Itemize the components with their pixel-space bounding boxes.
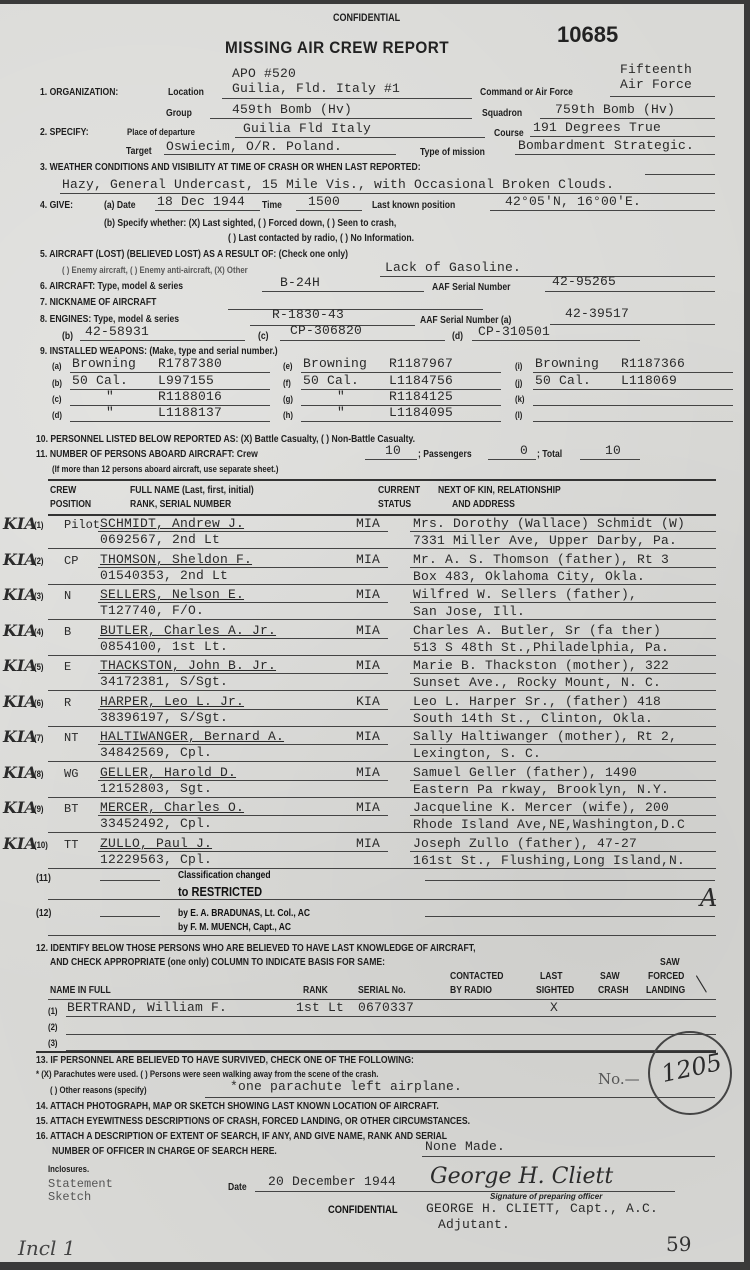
s12-header-rank: RANK [303,984,328,996]
section10-label: 10. PERSONNEL LISTED BELOW REPORTED AS: … [36,433,415,445]
aircraft-serial-label: AAF Serial Number [432,281,510,293]
crew-name: HALTIWANGER, Bernard A. [100,729,284,744]
weapon-serial: L997155 [158,373,214,388]
s12-header-crash-1: SAW [600,970,620,982]
weapon-serial: L1188137 [158,405,222,420]
apo: APO #520 [232,66,296,81]
weapon-make: " [106,389,114,404]
crew-kin-line1: Marie B. Thackston (mother), 322 [413,658,669,673]
crew-name: SELLERS, Nelson E. [100,587,244,602]
s12-header-sighted-2: SIGHTED [536,984,574,996]
classification-top: CONFIDENTIAL [333,12,400,24]
s12-row-1-serial: 0670337 [358,1000,414,1015]
specify-line2: ( ) Last contacted by radio, ( ) No Info… [228,232,414,244]
total-label: ; Total [537,448,562,460]
date-value: 18 Dec 1944 [157,194,245,209]
weapon-key: (l) [515,410,522,421]
crew-kin-line2: Rhode Island Ave,NE,Washington,D.C [413,817,685,832]
crew-kia-mark: KIA [3,763,37,782]
section13-option2: ( ) Other reasons (specify) [50,1085,147,1096]
engine-c-label: (c) [258,330,269,342]
declass-line3: by E. A. BRADUNAS, Lt. Col., AC [178,908,310,919]
declass-line4: by F. M. MUENCH, Capt., AC [178,922,291,933]
crew-rank-serial: 0692567, 2nd Lt [100,532,220,547]
engine-serial-d: CP-310501 [478,324,550,339]
crew-header-kin-1: NEXT OF KIN, RELATIONSHIP [438,484,561,496]
weapon-serial: R1188016 [158,389,222,404]
weapon-make: " [106,405,114,420]
engine-serial-c: CP-306820 [290,323,362,338]
crew-kin-line1: Jacqueline K. Mercer (wife), 200 [413,800,669,815]
weapon-key: (g) [283,394,293,405]
weapon-make: 50 Cal. [535,373,591,388]
crew-rank-serial: 33452492, Cpl. [100,816,212,831]
section12-label-2: AND CHECK APPROPRIATE (one only) COLUMN … [50,956,385,968]
crew-row-12-label: (12) [36,907,51,919]
inclosure-sketch: Sketch [48,1190,91,1204]
crew-kin-line2: Eastern Pa rkway, Brooklyn, N.Y. [413,782,669,797]
s12-header-sighted-1: LAST [540,970,562,982]
crew-status: MIA [356,552,380,567]
crew-name: THACKSTON, John B. Jr. [100,658,276,673]
page-number: 59 [666,1232,691,1256]
weapon-key: (k) [515,394,525,405]
weapon-key: (b) [52,378,62,389]
engine-serial-a: 42-39517 [565,306,629,321]
crew-row-number: (4) [34,627,44,638]
engine-type-value: R-1830-43 [272,307,344,322]
officer-name: GEORGE H. CLIETT, Capt., A.C. [426,1201,658,1216]
section14-label: 14. ATTACH PHOTOGRAPH, MAP OR SKETCH SHO… [36,1100,439,1112]
s12-row-2-num: (2) [48,1022,58,1033]
crew-count: 10 [385,443,401,458]
weapon-key: (i) [515,361,522,372]
crew-kin-line1: Leo L. Harper Sr., (father) 418 [413,694,661,709]
crew-rank-serial: 0854100, 1st Lt. [100,639,228,654]
handwritten-inclosure-note: Incl 1 [18,1236,75,1260]
crew-rank-serial: 34172381, S/Sgt. [100,674,228,689]
position-value: 42°05'N, 16°00'E. [505,194,641,209]
weapon-serial: R1187967 [389,356,453,371]
command-label: Command or Air Force [480,86,573,98]
weapon-make: 50 Cal. [303,373,359,388]
time-label: Time [262,199,282,211]
margin-initials: A [700,884,717,912]
crew-kin-line2: 513 S 48th St.,Philadelphia, Pa. [413,640,669,655]
crew-rank-serial: 12152803, Sgt. [100,781,212,796]
passenger-count: 0 [520,443,528,458]
crew-status: MIA [356,516,380,531]
s12-row-1-rank: 1st Lt [296,1000,344,1015]
weapon-serial: L1184756 [389,373,453,388]
crew-position: NT [64,731,78,745]
section6-label: 6. AIRCRAFT: Type, model & series [40,280,183,292]
survival-reason-value: *one parachute left airplane. [230,1079,462,1094]
s12-header-forced-2: LANDING [646,984,685,996]
aircraft-type-value: B-24H [280,275,320,290]
crew-name: THOMSON, Sheldon F. [100,552,252,567]
weapon-make: Browning [72,356,136,371]
crew-row-number: (9) [34,804,44,815]
classification-bottom: CONFIDENTIAL [328,1204,398,1216]
stamp-prefix: No.— [598,1070,640,1088]
weapon-make: " [337,405,345,420]
declass-line2: to RESTRICTED [178,884,262,899]
position-label: Last known position [372,199,455,211]
report-title: MISSING AIR CREW REPORT [225,38,449,58]
weapon-serial: R1184125 [389,389,453,404]
crew-kia-mark: KIA [3,585,37,604]
search-value: None Made. [425,1139,505,1154]
declass-line1: Classification changed [178,870,271,881]
crew-row-number: (8) [34,769,44,780]
crew-kia-mark: KIA [3,727,37,746]
section16-label-1: 16. ATTACH A DESCRIPTION OF EXTENT OF SE… [36,1130,447,1142]
crew-status: MIA [356,658,380,673]
crew-rank-serial: 12229563, Cpl. [100,852,212,867]
officer-title: Adjutant. [438,1217,510,1232]
crew-header-name-1: FULL NAME (Last, first, initial) [130,484,254,496]
section3-label: 3. WEATHER CONDITIONS AND VISIBILITY AT … [40,161,421,173]
crew-status: KIA [356,694,380,709]
crew-status: MIA [356,623,380,638]
crew-rank-serial: 01540353, 2nd Lt [100,568,228,583]
passengers-label: ; Passengers [418,448,472,460]
command-line1: Fifteenth [620,62,692,77]
engine-d-label: (d) [452,330,463,342]
crew-kin-line2: South 14th St., Clinton, Okla. [413,711,653,726]
crew-position: Pilot [64,518,100,532]
crew-rank-serial: 34842569, Cpl. [100,745,212,760]
crew-kia-mark: KIA [3,514,37,533]
crew-name: SCHMIDT, Andrew J. [100,516,244,531]
section11-note: (If more than 12 persons aboard aircraft… [52,464,278,475]
weapon-make: " [337,389,345,404]
crew-row-11-label: (11) [36,872,51,884]
target-label: Target [126,145,152,157]
crew-status: MIA [356,836,380,851]
weapon-key: (f) [283,378,291,389]
time-value: 1500 [308,194,340,209]
s12-header-radio-2: BY RADIO [450,984,492,996]
s12-header-name: NAME IN FULL [50,984,111,996]
weapon-key: (j) [515,378,522,389]
weapon-serial: R1787380 [158,356,222,371]
s12-row-3-num: (3) [48,1038,58,1049]
section16-label-2: NUMBER OF OFFICER IN CHARGE OF SEARCH HE… [52,1145,277,1157]
section1-label: 1. ORGANIZATION: [40,86,118,98]
crew-position: R [64,696,71,710]
crew-kia-mark: KIA [3,621,37,640]
section15-label: 15. ATTACH EYEWITNESS DESCRIPTIONS OF CR… [36,1115,470,1127]
command-line2: Air Force [620,77,692,92]
weather-value: Hazy, General Undercast, 15 Mile Vis., w… [62,177,614,192]
crew-row-number: (7) [34,733,44,744]
s12-header-forced-1: FORCED [648,970,684,982]
crew-kin-line2: 161st St., Flushing,Long Island,N. [413,853,685,868]
location-label: Location [168,86,204,98]
crew-row-number: (1) [34,520,44,531]
engine-b-label: (b) [62,330,73,342]
section2-label: 2. SPECIFY: [40,126,89,138]
weapon-key: (e) [283,361,293,372]
section7-label: 7. NICKNAME OF AIRCRAFT [40,296,156,308]
crew-position: WG [64,767,78,781]
weapon-serial: L118069 [621,373,677,388]
inclosure-statement: Statement [48,1177,113,1191]
weapon-key: (a) [52,361,62,372]
report-number: 10685 [557,22,618,48]
s12-header-serial: SERIAL No. [358,984,406,996]
total-count: 10 [605,443,621,458]
crew-kia-mark: KIA [3,798,37,817]
weapon-key: (h) [283,410,293,421]
crew-kin-line1: Wilfred W. Sellers (father), [413,587,637,602]
location-value: Guilia, Fld. Italy #1 [232,81,400,96]
section4-label: 4. GIVE: [40,199,73,211]
crew-kin-line1: Mr. A. S. Thomson (father), Rt 3 [413,552,669,567]
crew-kin-line1: Mrs. Dorothy (Wallace) Schmidt (W) [413,516,685,531]
departure-label: Place of departure [127,127,195,138]
weapon-make: 50 Cal. [72,373,128,388]
crew-status: MIA [356,587,380,602]
crew-status: MIA [356,729,380,744]
section11-label: 11. NUMBER OF PERSONS ABOARD AIRCRAFT: C… [36,448,258,460]
crew-row-number: (6) [34,698,44,709]
crew-header-status-1: CURRENT [378,484,420,496]
s12-header-forced-0: SAW [660,956,680,968]
loss-cause-value: Lack of Gasoline. [385,260,521,275]
footer-date-label: Date [228,1181,247,1193]
crew-kin-line1: Sally Haltiwanger (mother), Rt 2, [413,729,677,744]
crew-position: TT [64,838,78,852]
s12-header-crash-2: CRASH [598,984,629,996]
section13-label: 13. IF PERSONNEL ARE BELIEVED TO HAVE SU… [36,1054,414,1066]
crew-header-name-2: RANK, SERIAL NUMBER [130,498,231,510]
crew-row-number: (2) [34,556,44,567]
date-label: (a) Date [104,199,136,211]
engine-serial-b: 42-58931 [85,324,149,339]
s12-row-1-name: BERTRAND, William F. [67,1000,227,1015]
missing-air-crew-report-page: CONFIDENTIAL MISSING AIR CREW REPORT 106… [0,4,744,1262]
inclosures-label: Inclosures. [48,1164,89,1175]
crew-position: B [64,625,71,639]
crew-rank-serial: 38396197, S/Sgt. [100,710,228,725]
squadron-label: Squadron [482,107,522,119]
course-value: 191 Degrees True [533,120,661,135]
margin-handwriting: ⁄ [690,978,714,989]
crew-rank-serial: T127740, F/O. [100,603,204,618]
weapon-make: Browning [535,356,599,371]
crew-kin-line1: Joseph Zullo (father), 47-27 [413,836,637,851]
departure-value: Guilia Fld Italy [243,121,371,136]
crew-kia-mark: KIA [3,834,37,853]
crew-kia-mark: KIA [3,692,37,711]
crew-status: MIA [356,800,380,815]
crew-name: ZULLO, Paul J. [100,836,212,851]
crew-name: MERCER, Charles O. [100,800,244,815]
crew-kin-line2: 7331 Miller Ave, Upper Darby, Pa. [413,533,677,548]
crew-kia-mark: KIA [3,656,37,675]
crew-kin-line2: Lexington, S. C. [413,746,541,761]
crew-kia-mark: KIA [3,550,37,569]
s12-row-1-num: (1) [48,1006,58,1017]
specify-line1: (b) Specify whether: (X) Last sighted, (… [104,217,396,229]
crew-kin-line1: Charles A. Butler, Sr (fa ther) [413,623,661,638]
crew-name: BUTLER, Charles A. Jr. [100,623,276,638]
target-value: Oswiecim, O/R. Poland. [166,139,342,154]
crew-header-position-1: CREW [50,484,76,496]
crew-position: BT [64,802,78,816]
crew-position: N [64,589,71,603]
crew-kin-line1: Samuel Geller (father), 1490 [413,765,637,780]
crew-kin-line2: San Jose, Ill. [413,604,525,619]
crew-row-number: (3) [34,591,44,602]
crew-header-kin-2: AND ADDRESS [452,498,515,510]
aircraft-serial-value: 42-95265 [552,274,616,289]
section5-label: 5. AIRCRAFT (LOST) (BELIEVED LOST) AS A … [40,248,348,260]
weapon-serial: R1187366 [621,356,685,371]
crew-name: HARPER, Leo L. Jr. [100,694,244,709]
crew-row-number: (10) [34,840,48,851]
crew-kin-line2: Box 483, Oklahoma City, Okla. [413,569,645,584]
crew-status: MIA [356,765,380,780]
s12-header-radio-1: CONTACTED [450,970,503,982]
section12-label-1: 12. IDENTIFY BELOW THOSE PERSONS WHO ARE… [36,942,475,954]
section5-options: ( ) Enemy aircraft, ( ) Enemy anti-aircr… [62,265,248,276]
crew-position: E [64,660,71,674]
crew-header-position-2: POSITION [50,498,91,510]
crew-row-number: (5) [34,662,44,673]
mission-value: Bombardment Strategic. [518,138,694,153]
footer-date-value: 20 December 1944 [268,1174,396,1189]
s12-row-1-sighted: X [550,1000,558,1015]
mission-label: Type of mission [420,146,485,158]
crew-header-status-2: STATUS [378,498,411,510]
crew-kin-line2: Sunset Ave., Rocky Mount, N. C. [413,675,661,690]
weapon-key: (c) [52,394,62,405]
group-value: 459th Bomb (Hv) [232,102,352,117]
crew-position: CP [64,554,78,568]
crew-name: GELLER, Harold D. [100,765,236,780]
weapon-serial: L1184095 [389,405,453,420]
officer-signature: George H. Cliett [430,1164,613,1189]
weapon-key: (d) [52,410,62,421]
squadron-value: 759th Bomb (Hv) [555,102,675,117]
weapon-make: Browning [303,356,367,371]
signature-caption: Signature of preparing officer [490,1192,602,1201]
group-label: Group [166,107,192,119]
